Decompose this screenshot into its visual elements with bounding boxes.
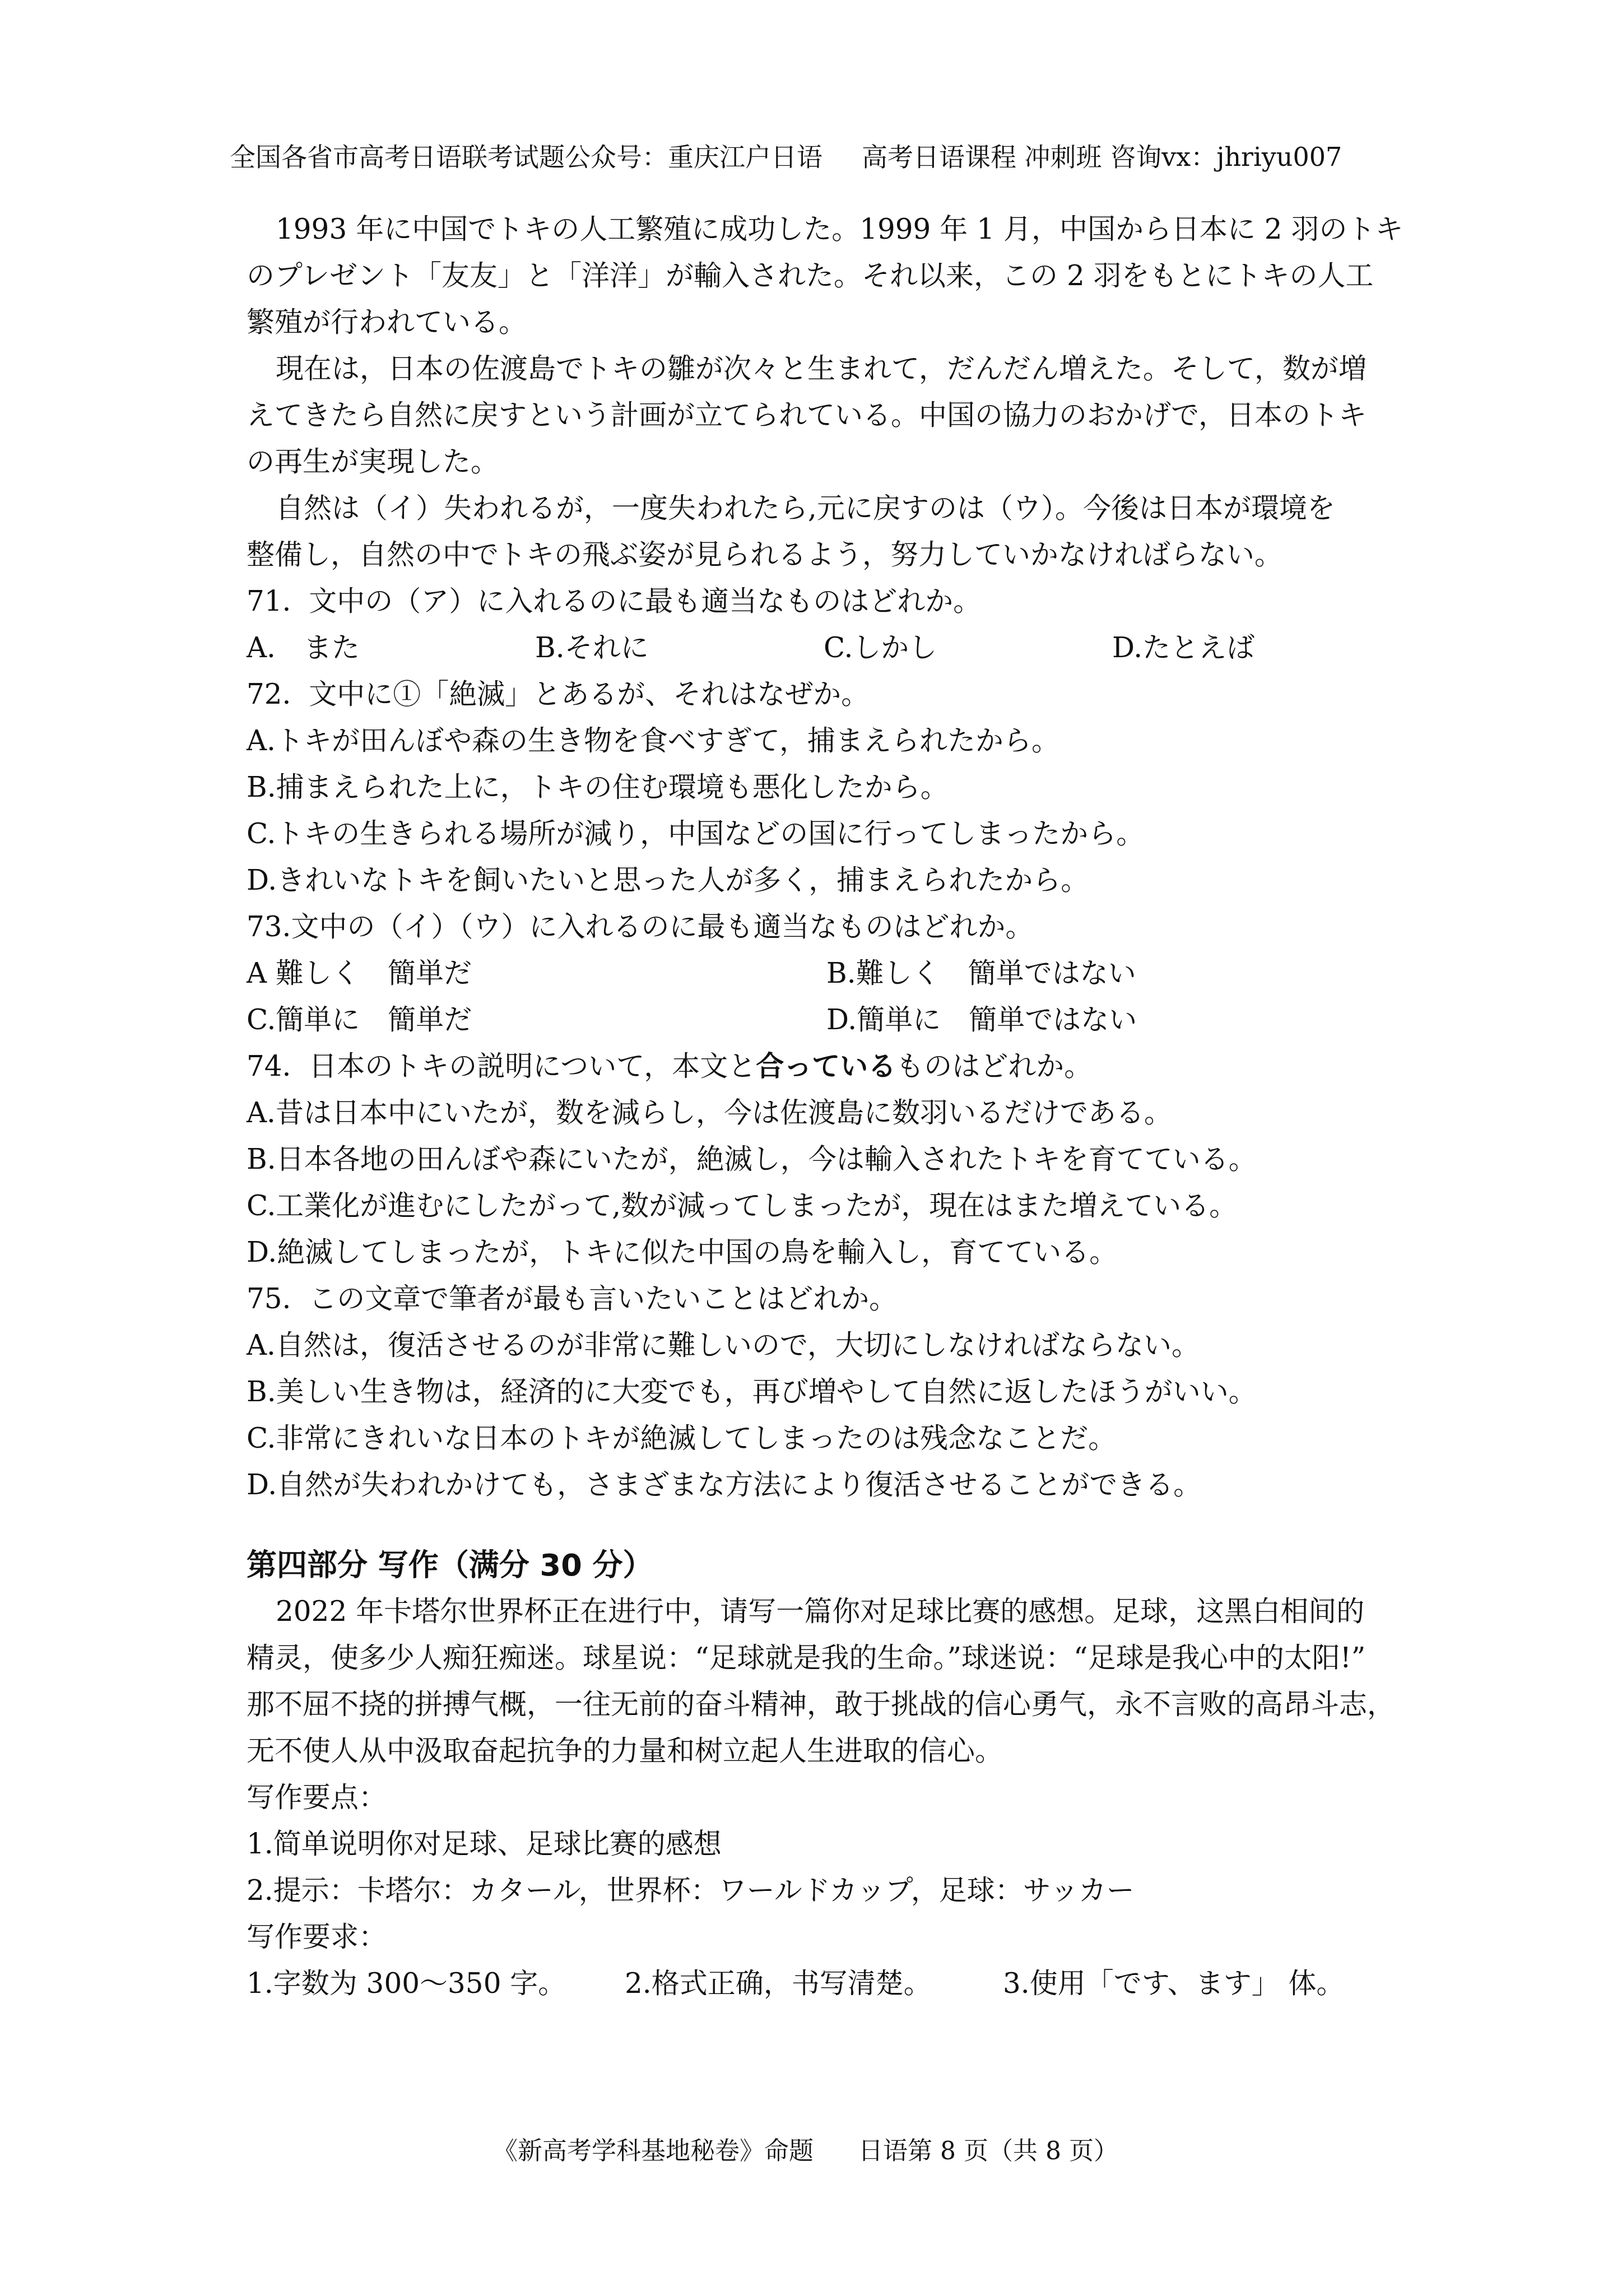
question-71: 71. 文中の（ア）に入れるのに最も適当なものはどれか。 A. また B.それに…: [247, 578, 1412, 671]
question-stem: 72. 文中に①「絶滅」とあるが、それはなぜか。: [247, 671, 1412, 718]
document-body: 1993 年に中国でトキの人工繁殖に成功した。1999 年 1 月，中国から日本…: [247, 206, 1412, 2007]
passage-line: 繁殖が行われている。: [247, 299, 1412, 346]
question-text: 文中に①「絶滅」とあるが、それはなぜか。: [309, 678, 869, 710]
reading-passage: 1993 年に中国でトキの人工繁殖に成功した。1999 年 1 月，中国から日本…: [247, 206, 1412, 578]
option-a: A 難しく 簡単だ: [247, 950, 826, 997]
header-right-text: 高考日语课程 冲刺班 咨询vx：jhriyu007: [862, 142, 1342, 172]
question-74: 74. 日本のトキの説明について，本文と合っているものはどれか。 A.昔は日本中…: [247, 1043, 1412, 1276]
option-b: B.それに: [535, 625, 824, 671]
option-c: C.しかし: [824, 625, 1112, 671]
prompt-line: 2022 年卡塔尔世界杯正在进行中，请写一篇你对足球比赛的感想。足球，这黑白相间…: [247, 1588, 1412, 1635]
emphasized-text: 合っている: [756, 1050, 896, 1082]
passage-line: 自然は（イ）失われるが，一度失われたら,元に戻すのは（ウ）。今後は日本が環境を: [247, 485, 1412, 532]
passage-line: のプレゼント「友友」と「洋洋」が輸入された。それ以来，この 2 羽をもとにトキの…: [247, 253, 1412, 299]
option-d: D.簡単に 簡単ではない: [826, 997, 1406, 1043]
question-stem: 75. この文章で筆者が最も言いたいことはどれか。: [247, 1276, 1412, 1322]
option-c: C.簡単に 簡単だ: [247, 997, 826, 1043]
prompt-line: 那不屈不挠的拼搏气概，一往无前的奋斗精神，敢于挑战的信心勇气，永不言败的高昂斗志…: [247, 1681, 1412, 1728]
options-row: A. また B.それに C.しかし D.たとえば: [247, 625, 1412, 671]
options-row: C.簡単に 簡単だ D.簡単に 簡単ではない: [247, 997, 1412, 1043]
question-number: 75.: [247, 1282, 291, 1315]
question-stem: 74. 日本のトキの説明について，本文と合っているものはどれか。: [247, 1043, 1412, 1090]
requirements-row: 1.字数为 300～350 字。 2.格式正确，书写清楚。 3.使用「です、ます…: [247, 1960, 1412, 2007]
question-number: 72.: [247, 678, 291, 710]
passage-line: 1993 年に中国でトキの人工繁殖に成功した。1999 年 1 月，中国から日本…: [247, 206, 1412, 253]
passage-line: えてきたら自然に戻すという計画が立てられている。中国の協力のおかげで，日本のトキ: [247, 392, 1412, 439]
requirement-2: 2.格式正确，书写清楚。: [625, 1960, 1003, 2007]
option-d: D.自然が失われかけても，さまざまな方法により復活させることができる。: [247, 1462, 1412, 1508]
option-d: D.たとえば: [1112, 625, 1401, 671]
requirement-3: 3.使用「です、ます」 体。: [1003, 1960, 1345, 2007]
option-a: A.トキが田んぼや森の生き物を食べすぎて，捕まえられたから。: [247, 718, 1412, 764]
page-footer: 《新高考学科基地秘卷》命题日语第 8 页（共 8 页）: [493, 2136, 1165, 2167]
question-stem: 71. 文中の（ア）に入れるのに最も適当なものはどれか。: [247, 578, 1412, 625]
question-75: 75. この文章で筆者が最も言いたいことはどれか。 A.自然は，復活させるのが非…: [247, 1276, 1412, 1508]
passage-line: 現在は，日本の佐渡島でトキの雛が次々と生まれて，だんだん増えた。そして，数が増: [247, 346, 1412, 392]
header-left-text: 全国各省市高考日语联考试题公众号：重庆江户日语: [230, 142, 822, 172]
requirements-label: 写作要求：: [247, 1914, 1412, 1960]
question-72: 72. 文中に①「絶滅」とあるが、それはなぜか。 A.トキが田んぼや森の生き物を…: [247, 671, 1412, 904]
option-d: D.きれいなトキを飼いたいと思った人が多く，捕まえられたから。: [247, 857, 1412, 904]
page-header: 全国各省市高考日语联考试题公众号：重庆江户日语高考日语课程 冲刺班 咨询vx：j…: [230, 140, 1412, 174]
requirement-1: 1.字数为 300～350 字。: [247, 1960, 625, 2007]
question-73: 73.文中の（イ）（ウ）に入れるのに最も適当なものはどれか。 A 難しく 簡単だ…: [247, 904, 1412, 1043]
option-a: A.昔は日本中にいたが，数を減らし，今は佐渡島に数羽いるだけである。: [247, 1090, 1412, 1136]
passage-line: 整備し，自然の中でトキの飛ぶ姿が見られるよう，努力していかなければらない。: [247, 532, 1412, 578]
option-b: B.捕まえられた上に，トキの住む環境も悪化したから。: [247, 764, 1412, 811]
option-c: C.非常にきれいな日本のトキが絶滅してしまったのは残念なことだ。: [247, 1415, 1412, 1462]
writing-point: 1.简单说明你对足球、足球比赛的感想: [247, 1821, 1412, 1867]
question-text: 文中の（ア）に入れるのに最も適当なものはどれか。: [309, 585, 981, 617]
footer-left-text: 《新高考学科基地秘卷》命题: [493, 2137, 814, 2165]
question-text: ものはどれか。: [896, 1050, 1092, 1082]
question-text: この文章で筆者が最も言いたいことはどれか。: [309, 1282, 897, 1315]
question-number: 74.: [247, 1050, 291, 1082]
writing-point: 2.提示：卡塔尔：カタール，世界杯：ワールドカップ，足球：サッカー: [247, 1867, 1412, 1914]
passage-line: の再生が実現した。: [247, 439, 1412, 485]
passage-paragraph-1: 1993 年に中国でトキの人工繁殖に成功した。1999 年 1 月，中国から日本…: [247, 206, 1412, 346]
option-c: C.工業化が進むにしたがって,数が減ってしまったが，現在はまた増えている。: [247, 1183, 1412, 1229]
option-a: A.自然は，復活させるのが非常に難しいので，大切にしなければならない。: [247, 1322, 1412, 1369]
page-number: 日语第 8 页（共 8 页）: [858, 2137, 1118, 2165]
writing-section: 第四部分 写作（满分 30 分） 2022 年卡塔尔世界杯正在进行中，请写一篇你…: [247, 1542, 1412, 2007]
prompt-line: 精灵，使多少人痴狂痴迷。球星说：“足球就是我的生命。”球迷说：“足球是我心中的太…: [247, 1635, 1412, 1681]
question-text: 文中の（イ）（ウ）に入れるのに最も適当なものはどれか。: [291, 910, 1034, 943]
passage-paragraph-2: 現在は，日本の佐渡島でトキの雛が次々と生まれて，だんだん増えた。そして，数が増 …: [247, 346, 1412, 485]
prompt-line: 无不使人从中汲取奋起抗争的力量和树立起人生进取的信心。: [247, 1728, 1412, 1774]
question-number: 73.: [247, 910, 291, 943]
option-b: B.美しい生き物は，経済的に大変でも，再び増やして自然に返したほうがいい。: [247, 1369, 1412, 1415]
question-stem: 73.文中の（イ）（ウ）に入れるのに最も適当なものはどれか。: [247, 904, 1412, 950]
options-row: A 難しく 簡単だ B.難しく 簡単ではない: [247, 950, 1412, 997]
option-b: B.日本各地の田んぼや森にいたが，絶滅し，今は輸入されたトキを育てている。: [247, 1136, 1412, 1183]
question-text: 日本のトキの説明について，本文と: [309, 1050, 756, 1082]
section-title: 第四部分 写作（满分 30 分）: [247, 1542, 1412, 1588]
option-d: D.絶滅してしまったが，トキに似た中国の鳥を輸入し，育てている。: [247, 1229, 1412, 1276]
passage-paragraph-3: 自然は（イ）失われるが，一度失われたら,元に戻すのは（ウ）。今後は日本が環境を …: [247, 485, 1412, 578]
question-number: 71.: [247, 585, 291, 617]
option-a: A. また: [247, 625, 535, 671]
option-b: B.難しく 簡単ではない: [826, 950, 1406, 997]
option-c: C.トキの生きられる場所が減り，中国などの国に行ってしまったから。: [247, 811, 1412, 857]
points-label: 写作要点：: [247, 1774, 1412, 1821]
